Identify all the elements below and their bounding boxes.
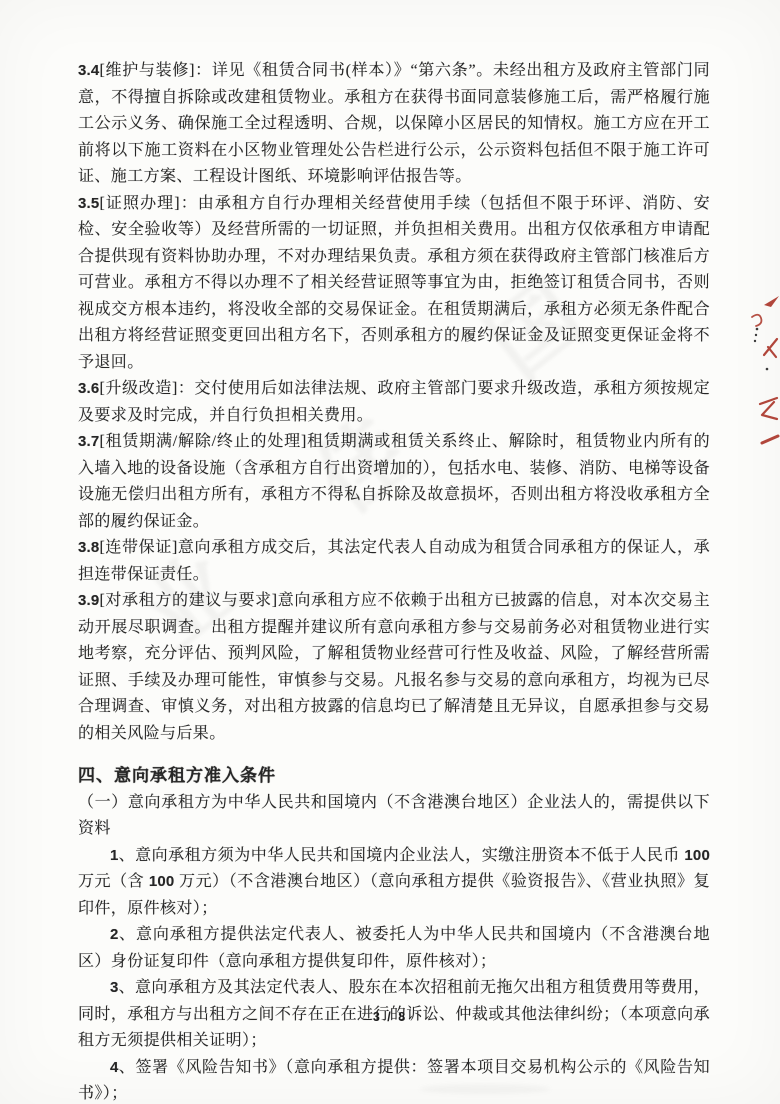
pen-dot [766, 368, 769, 371]
page-number: 3 / 8 [0, 1010, 780, 1024]
clause-3-8: 3.8[连带保证]意向承租方成交后，其法定代表人自动成为租赁合同承租方的保证人，… [78, 535, 710, 588]
text-run: [租赁期满/解除/终止的处理]租赁期满或租赁关系终止、解除时，租赁物业内所有的入… [78, 433, 710, 530]
pen-stroke [760, 398, 777, 419]
scanned-contract-page: 业 佳 国 3.4[维护与装修]：详见《租赁合同书(样本）》“第六条”。未经出租… [0, 0, 780, 1104]
text-run: 四、意向承租方准入条件 [78, 766, 276, 785]
latin-number: 3.4 [78, 62, 99, 79]
text-run: 、签署《风险告知书》（意向承租方提供：签署本项目交易机构公示的《风险告知书》）； [78, 1059, 710, 1103]
pen-stroke [764, 339, 777, 357]
pen-dot [755, 334, 757, 336]
text-run: 、意向承租方提供法定代表人、被委托人为中华人民共和国境内（不含港澳台地区）身份证… [78, 926, 710, 970]
pen-stroke [762, 436, 778, 443]
latin-number: 3.5 [78, 195, 99, 212]
pen-stroke [752, 315, 761, 326]
document-body: 3.4[维护与装修]：详见《租赁合同书(样本）》“第六条”。未经出租方及政府主管… [78, 58, 710, 1104]
requirement-item-2: 2、意向承租方提供法定代表人、被委托人为中华人民共和国境内（不含港澳台地区）身份… [78, 922, 710, 975]
latin-number: 4 [110, 1059, 119, 1076]
section-4-intro: （一）意向承租方为中华人民共和国境内（不含港澳台地区）企业法人的，需提供以下资料 [78, 790, 710, 843]
latin-number: 100 [684, 847, 710, 864]
requirement-item-4: 4、签署《风险告知书》（意向承租方提供：签署本项目交易机构公示的《风险告知书》）… [78, 1055, 710, 1104]
clause-3-6: 3.6[升级改造]：交付使用后如法律法规、政府主管部门要求升级改造，承租方须按规… [78, 376, 710, 429]
text-run: [对承租方的建议与要求]意向承租方应不依赖于出租方已披露的信息，对本次交易主动开… [78, 592, 710, 742]
latin-number: 3.7 [78, 433, 99, 450]
text-run: [证照办理]：由承租方自行办理相关经营使用手续（包括但不限于环评、消防、安检、安… [78, 195, 710, 371]
text-run: [升级改造]：交付使用后如法律法规、政府主管部门要求升级改造，承租方须按规定及要… [78, 380, 710, 424]
pen-stroke [764, 296, 779, 307]
requirement-item-1: 1、意向承租方须为中华人民共和国境内企业法人，实缴注册资本不低于人民币 100 … [78, 843, 710, 923]
latin-number: 100 [149, 873, 175, 890]
text-run: 万元（含 [78, 873, 149, 890]
text-run: （一）意向承租方为中华人民共和国境内（不含港澳台地区）企业法人的，需提供以下资料 [78, 794, 710, 838]
latin-number: 1 [110, 847, 119, 864]
clause-3-4: 3.4[维护与装修]：详见《租赁合同书(样本）》“第六条”。未经出租方及政府主管… [78, 58, 710, 191]
latin-number: 3.6 [78, 380, 99, 397]
clause-3-5: 3.5[证照办理]：由承租方自行办理相关经营使用手续（包括但不限于环评、消防、安… [78, 191, 710, 377]
clause-3-7: 3.7[租赁期满/解除/终止的处理]租赁期满或租赁关系终止、解除时，租赁物业内所… [78, 429, 710, 535]
latin-number: 3 [110, 979, 119, 996]
clause-3-9: 3.9[对承租方的建议与要求]意向承租方应不依赖于出租方已披露的信息，对本次交易… [78, 588, 710, 747]
text-run: 、意向承租方须为中华人民共和国境内企业法人，实缴注册资本不低于人民币 [119, 847, 685, 864]
pen-dot [754, 340, 756, 342]
section-4-heading: 四、意向承租方准入条件 [78, 763, 710, 790]
pen-dot [756, 328, 759, 331]
text-run: [维护与装修]：详见《租赁合同书(样本）》“第六条”。未经出租方及政府主管部门同… [78, 62, 710, 185]
text-run: [连带保证]意向承租方成交后，其法定代表人自动成为租赁合同承租方的保证人，承担连… [78, 539, 710, 583]
latin-number: 2 [110, 926, 119, 943]
latin-number: 3.9 [78, 592, 99, 609]
latin-number: 3.8 [78, 539, 99, 556]
scan-smudge [420, 1084, 550, 1094]
